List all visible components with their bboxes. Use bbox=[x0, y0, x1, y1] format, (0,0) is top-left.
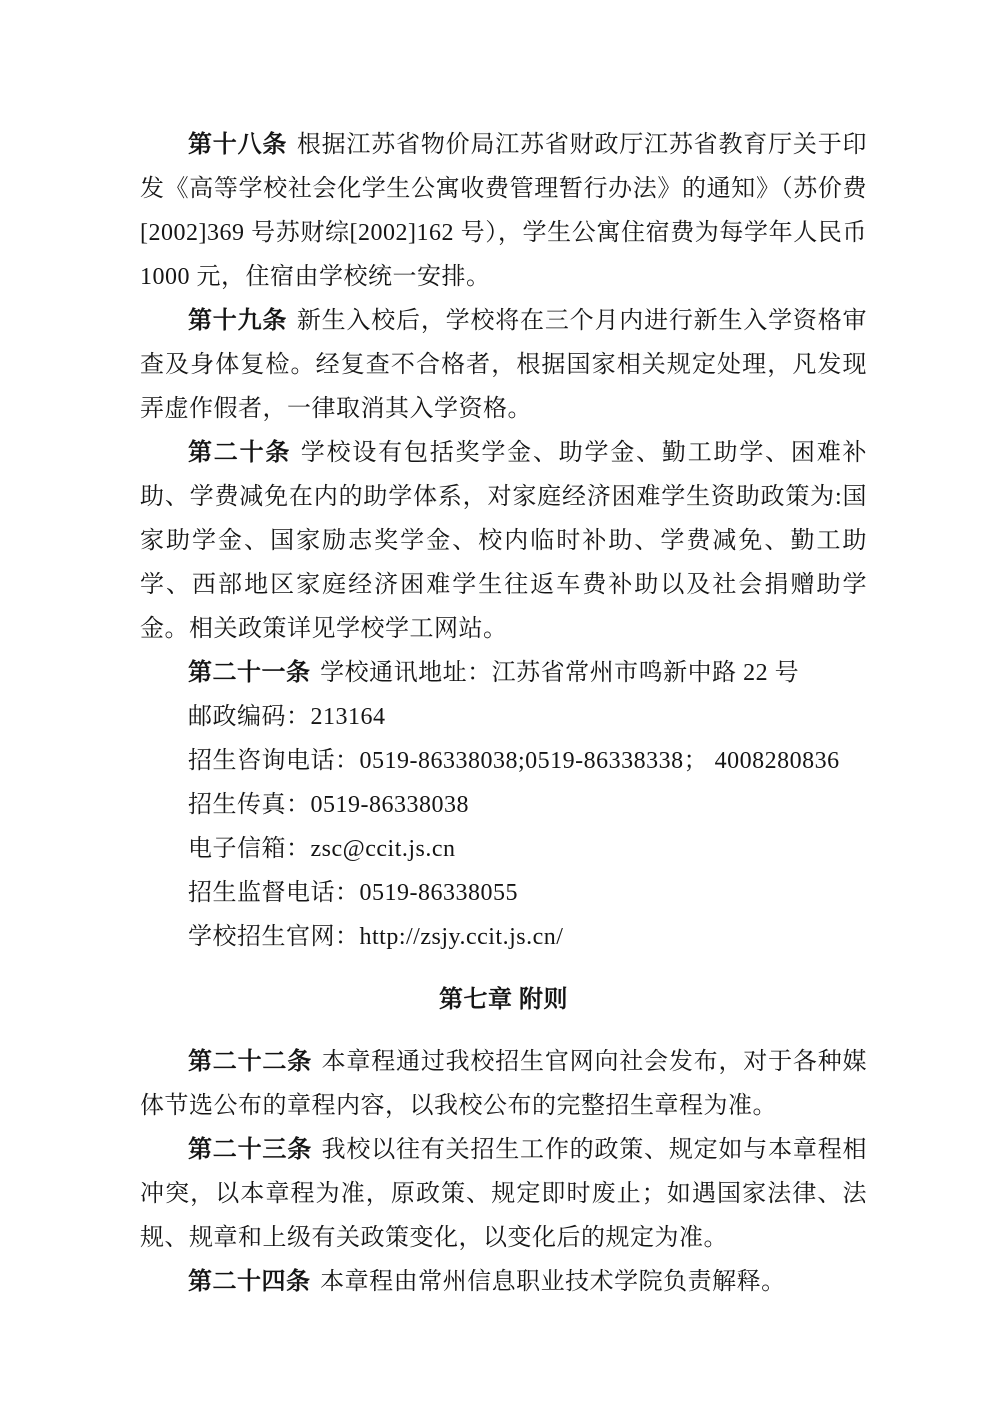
document-page: 第十八条根据江苏省物价局江苏省财政厅江苏省教育厅关于印发《高等学校社会化学生公寓… bbox=[0, 0, 1007, 1423]
paragraph-article-21: 第二十一条学校通讯地址：江苏省常州市鸣新中路 22 号 bbox=[140, 651, 867, 695]
paragraph-article-19: 第十九条新生入校后，学校将在三个月内进行新生入学资格审查及身体复检。经复查不合格… bbox=[140, 299, 867, 431]
supervision-phone-value: 0519-86338055 bbox=[360, 880, 519, 906]
article-21-text: 学校通讯地址：江苏省常州市鸣新中路 22 号 bbox=[320, 660, 799, 686]
website-value: http://zsjy.ccit.js.cn/ bbox=[360, 924, 564, 950]
paragraph-article-22: 第二十二条本章程通过我校招生官网向社会发布，对于各种媒体节选公布的章程内容，以我… bbox=[140, 1040, 867, 1128]
email-label: 电子信箱： bbox=[188, 836, 311, 862]
email-value: zsc@ccit.js.cn bbox=[311, 836, 456, 862]
article-19-number: 第十九条 bbox=[188, 308, 287, 334]
article-20-number: 第二十条 bbox=[188, 440, 291, 466]
article-24-text: 本章程由常州信息职业技术学院负责解释。 bbox=[320, 1269, 786, 1295]
chapter-heading: 第七章 附则 bbox=[140, 978, 867, 1022]
contact-line-supervision-phone: 招生监督电话：0519-86338055 bbox=[140, 871, 867, 915]
admission-phone-value: 0519-86338038;0519-86338338； 4008280836 bbox=[360, 748, 840, 774]
article-21-number: 第二十一条 bbox=[188, 660, 311, 686]
contact-line-email: 电子信箱：zsc@ccit.js.cn bbox=[140, 827, 867, 871]
contact-line-website: 学校招生官网：http://zsjy.ccit.js.cn/ bbox=[140, 915, 867, 959]
contact-line-admission-phone: 招生咨询电话：0519-86338038;0519-86338338； 4008… bbox=[140, 739, 867, 783]
paragraph-article-23: 第二十三条我校以往有关招生工作的政策、规定如与本章程相冲突，以本章程为准，原政策… bbox=[140, 1128, 867, 1260]
supervision-phone-label: 招生监督电话： bbox=[188, 880, 360, 906]
article-23-number: 第二十三条 bbox=[188, 1137, 312, 1163]
postal-code-label: 邮政编码： bbox=[188, 704, 311, 730]
paragraph-article-18: 第十八条根据江苏省物价局江苏省财政厅江苏省教育厅关于印发《高等学校社会化学生公寓… bbox=[140, 123, 867, 299]
article-22-number: 第二十二条 bbox=[188, 1049, 312, 1075]
website-label: 学校招生官网： bbox=[188, 924, 360, 950]
article-18-number: 第十八条 bbox=[188, 132, 287, 158]
contact-line-postal-code: 邮政编码：213164 bbox=[140, 695, 867, 739]
fax-label: 招生传真： bbox=[188, 792, 311, 818]
paragraph-article-24: 第二十四条本章程由常州信息职业技术学院负责解释。 bbox=[140, 1260, 867, 1304]
article-24-number: 第二十四条 bbox=[188, 1269, 311, 1295]
article-20-text: 学校设有包括奖学金、助学金、勤工助学、困难补助、学费减免在内的助学体系，对家庭经… bbox=[140, 440, 867, 642]
contact-line-fax: 招生传真：0519-86338038 bbox=[140, 783, 867, 827]
fax-value: 0519-86338038 bbox=[311, 792, 470, 818]
postal-code-value: 213164 bbox=[311, 704, 386, 730]
admission-phone-label: 招生咨询电话： bbox=[188, 748, 360, 774]
paragraph-article-20: 第二十条学校设有包括奖学金、助学金、勤工助学、困难补助、学费减免在内的助学体系，… bbox=[140, 431, 867, 651]
